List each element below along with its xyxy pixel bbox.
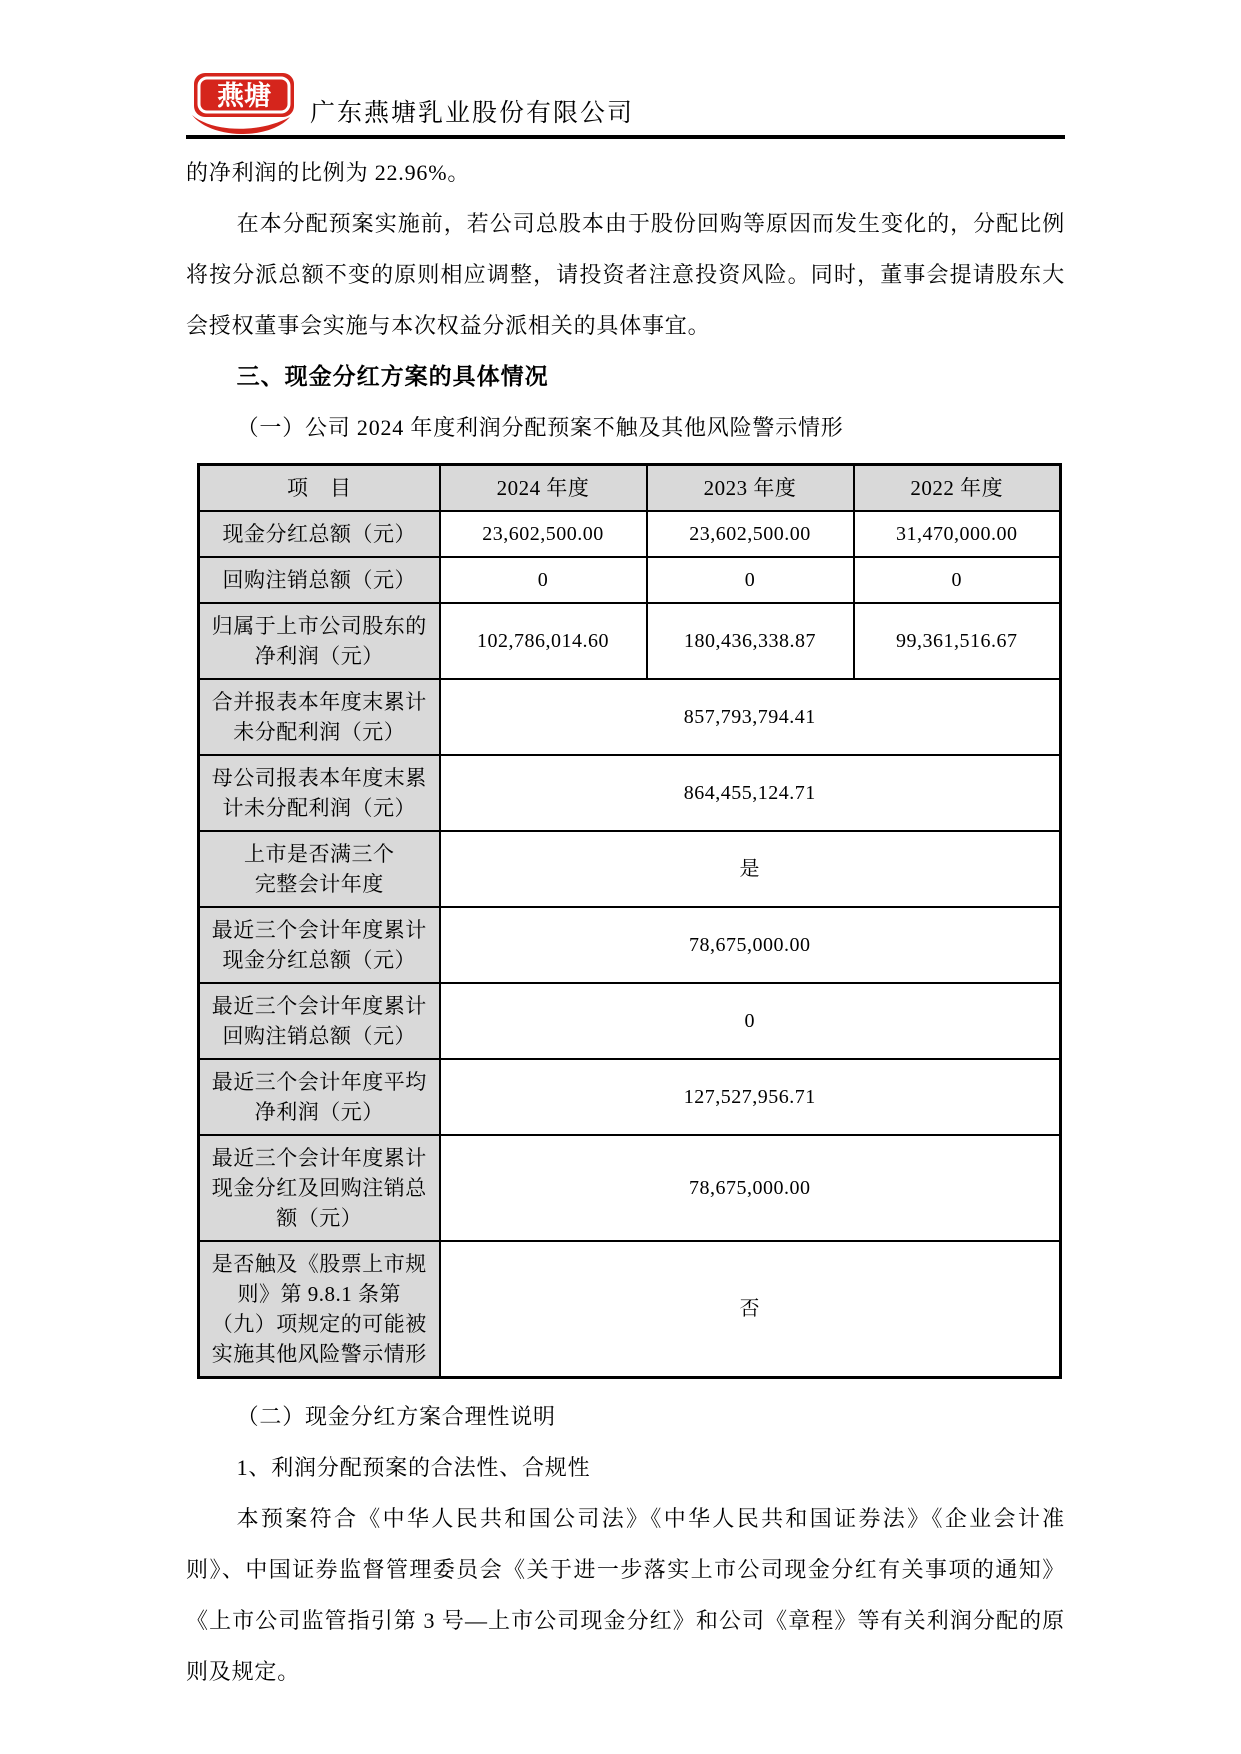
row-label-cell: 合并报表本年度末累计 未分配利润（元） xyxy=(199,679,440,755)
table-row: 最近三个会计年度累计 现金分红及回购注销总 额（元） 78,675,000.00 xyxy=(199,1135,1061,1241)
row-label-cell: 归属于上市公司股东的 净利润（元） xyxy=(199,603,440,679)
row-value-cell: 99,361,516.67 xyxy=(854,603,1061,679)
header-cell-2022: 2022 年度 xyxy=(854,465,1061,512)
table-row: 是否触及《股票上市规 则》第 9.8.1 条第 （九）项规定的可能被 实施其他风… xyxy=(199,1241,1061,1378)
subheading-rationality: （二）现金分红方案合理性说明 xyxy=(186,1391,1065,1442)
table-row: 母公司报表本年度末累 计未分配利润（元） 864,455,124.71 xyxy=(199,755,1061,831)
table-row: 归属于上市公司股东的 净利润（元） 102,786,014.60 180,436… xyxy=(199,603,1061,679)
table-header-row: 项 目 2024 年度 2023 年度 2022 年度 xyxy=(199,465,1061,512)
para-legal-compliance: 本预案符合《中华人民共和国公司法》《中华人民共和国证券法》《企业会计准则》、中国… xyxy=(186,1493,1065,1697)
row-merged-value-cell: 78,675,000.00 xyxy=(440,1135,1061,1241)
row-value-cell: 23,602,500.00 xyxy=(647,511,854,557)
logo-text: 燕塘 xyxy=(217,80,271,111)
table-row: 最近三个会计年度累计 现金分红总额（元） 78,675,000.00 xyxy=(199,907,1061,983)
table-row: 最近三个会计年度平均 净利润（元） 127,527,956.71 xyxy=(199,1059,1061,1135)
row-value-cell: 23,602,500.00 xyxy=(440,511,647,557)
row-value-cell: 180,436,338.87 xyxy=(647,603,854,679)
row-merged-value-cell: 78,675,000.00 xyxy=(440,907,1061,983)
table-row: 上市是否满三个 完整会计年度 是 xyxy=(199,831,1061,907)
yantang-logo: 燕塘 xyxy=(186,70,306,134)
header-cell-2023: 2023 年度 xyxy=(647,465,854,512)
table-row: 回购注销总额（元） 0 0 0 xyxy=(199,557,1061,603)
para-net-profit-ratio: 的净利润的比例为 22.96%。 xyxy=(186,147,1065,198)
row-merged-value-cell: 857,793,794.41 xyxy=(440,679,1061,755)
header-cell-item: 项 目 xyxy=(199,465,440,512)
row-label-cell: 最近三个会计年度平均 净利润（元） xyxy=(199,1059,440,1135)
table-row: 最近三个会计年度累计 回购注销总额（元） 0 xyxy=(199,983,1061,1059)
row-merged-value-cell: 127,527,956.71 xyxy=(440,1059,1061,1135)
row-value-cell: 0 xyxy=(440,557,647,603)
company-header: 燕塘 广东燕塘乳业股份有限公司 xyxy=(186,70,1065,139)
row-label-cell: 回购注销总额（元） xyxy=(199,557,440,603)
table-row: 合并报表本年度末累计 未分配利润（元） 857,793,794.41 xyxy=(199,679,1061,755)
row-value-cell: 31,470,000.00 xyxy=(854,511,1061,557)
row-label-cell: 最近三个会计年度累计 回购注销总额（元） xyxy=(199,983,440,1059)
row-merged-value-cell: 0 xyxy=(440,983,1061,1059)
row-label-cell: 上市是否满三个 完整会计年度 xyxy=(199,831,440,907)
row-label-cell: 最近三个会计年度累计 现金分红总额（元） xyxy=(199,907,440,983)
yantang-logo-icon: 燕塘 xyxy=(186,70,306,134)
row-label-cell: 是否触及《股票上市规 则》第 9.8.1 条第 （九）项规定的可能被 实施其他风… xyxy=(199,1241,440,1378)
dividend-table: 项 目 2024 年度 2023 年度 2022 年度 现金分红总额（元） 23… xyxy=(197,463,1062,1379)
document-page: 燕塘 广东燕塘乳业股份有限公司 的净利润的比例为 22.96%。 在本分配预案实… xyxy=(0,0,1241,1754)
subheading-legality: 1、利润分配预案的合法性、合规性 xyxy=(186,1442,1065,1493)
company-name: 广东燕塘乳业股份有限公司 xyxy=(310,93,634,134)
subheading-plan-no-risk-warning: （一）公司 2024 年度利润分配预案不触及其他风险警示情形 xyxy=(186,402,1065,453)
section-heading-cash-dividend: 三、现金分红方案的具体情况 xyxy=(186,351,1065,402)
row-label-cell: 母公司报表本年度末累 计未分配利润（元） xyxy=(199,755,440,831)
row-merged-value-cell: 否 xyxy=(440,1241,1061,1378)
row-value-cell: 0 xyxy=(647,557,854,603)
table-row: 现金分红总额（元） 23,602,500.00 23,602,500.00 31… xyxy=(199,511,1061,557)
para-adjustment-risk: 在本分配预案实施前，若公司总股本由于股份回购等原因而发生变化的，分配比例将按分派… xyxy=(186,198,1065,351)
header-cell-2024: 2024 年度 xyxy=(440,465,647,512)
row-merged-value-cell: 864,455,124.71 xyxy=(440,755,1061,831)
row-label-cell: 现金分红总额（元） xyxy=(199,511,440,557)
row-value-cell: 102,786,014.60 xyxy=(440,603,647,679)
row-merged-value-cell: 是 xyxy=(440,831,1061,907)
row-value-cell: 0 xyxy=(854,557,1061,603)
row-label-cell: 最近三个会计年度累计 现金分红及回购注销总 额（元） xyxy=(199,1135,440,1241)
